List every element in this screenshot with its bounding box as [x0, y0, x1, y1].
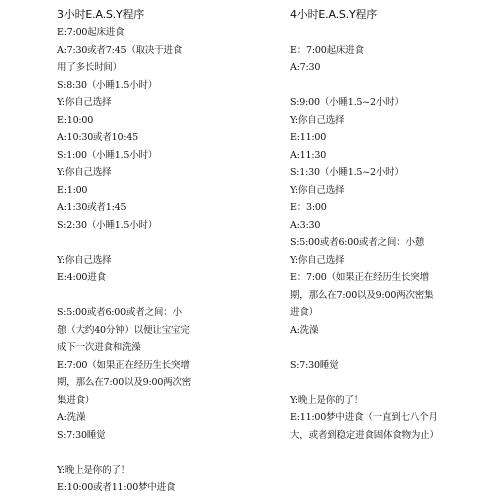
- four-hour-easy-column: 4小时E.A.S.Y程序 E：7:00起床进食A:7:30S:9:00（小睡1.…: [290, 0, 480, 444]
- schedule-line: Y:晚上是你的了！: [290, 392, 480, 410]
- schedule-line: Y:你自己选择: [57, 94, 247, 112]
- three-hour-easy-column: 3小时E.A.S.Y程序 E:7:00起床进食A:7:30或者7:45（取决于进…: [57, 0, 247, 497]
- schedule-line: S:1:30（小睡1.5~2小时）: [290, 164, 480, 182]
- schedule-line: A:11:30: [290, 147, 480, 165]
- schedule-line: A:7:30或者7:45（取决于进食: [57, 42, 247, 60]
- schedule-line: A:洗澡: [57, 409, 247, 427]
- schedule-line: S:5:00或者6:00或者之间：小憩: [290, 234, 480, 252]
- schedule-line: A:10:30或者10:45: [57, 129, 247, 147]
- schedule-line: S:7:30睡觉: [57, 427, 247, 445]
- schedule-line: Y:晚上是你的了！: [57, 462, 247, 480]
- schedule-line: 期，那么在7:00以及9:00两次密: [57, 374, 247, 392]
- schedule-line: Y:你自己选择: [290, 252, 480, 270]
- column-title: 4小时E.A.S.Y程序: [290, 6, 480, 24]
- schedule-line: E:7:00（如果正在经历生长突增: [57, 357, 247, 375]
- schedule-line: E：3:00: [290, 199, 480, 217]
- schedule-line: E:10:00: [57, 112, 247, 130]
- schedule-line: E:11:00梦中进食（一直到七八个月: [290, 409, 480, 427]
- blank-line: [290, 77, 480, 95]
- schedule-line: A:7:30: [290, 59, 480, 77]
- schedule-line: E:7:00起床进食: [57, 24, 247, 42]
- schedule-line: E:11:00: [290, 129, 480, 147]
- blank-line: [57, 444, 247, 462]
- schedule-lines: E:7:00起床进食A:7:30或者7:45（取决于进食用了多长时间）S:8:3…: [57, 24, 247, 497]
- schedule-line: 进食）: [290, 304, 480, 322]
- schedule-line: Y:你自己选择: [290, 112, 480, 130]
- blank-line: [290, 339, 480, 357]
- schedule-line: 集进食）: [57, 392, 247, 410]
- schedule-line: S:1:00（小睡1.5小时）: [57, 147, 247, 165]
- schedule-line: 期，那么在7:00以及9:00两次密集: [290, 287, 480, 305]
- blank-line: [290, 374, 480, 392]
- schedule-line: A:1:30或者1:45: [57, 199, 247, 217]
- schedule-line: 憩（大约40分钟）以便让宝宝完: [57, 322, 247, 340]
- blank-line: [57, 234, 247, 252]
- schedule-lines: E：7:00起床进食A:7:30S:9:00（小睡1.5~2小时）Y:你自己选择…: [290, 24, 480, 444]
- blank-line: [290, 24, 480, 42]
- schedule-line: S:9:00（小睡1.5~2小时）: [290, 94, 480, 112]
- schedule-line: A:洗澡: [290, 322, 480, 340]
- schedule-line: S:7:30睡觉: [290, 357, 480, 375]
- schedule-line: A:3:30: [290, 217, 480, 235]
- schedule-line: S:8:30（小睡1.5小时）: [57, 77, 247, 95]
- column-title: 3小时E.A.S.Y程序: [57, 6, 247, 24]
- schedule-line: Y:你自己选择: [290, 182, 480, 200]
- schedule-line: E:1:00: [57, 182, 247, 200]
- blank-line: [57, 287, 247, 305]
- schedule-line: 用了多长时间）: [57, 59, 247, 77]
- schedule-line: 成下一次进食和洗澡: [57, 339, 247, 357]
- schedule-line: S:2:30（小睡1.5小时）: [57, 217, 247, 235]
- schedule-line: S:5:00或者6:00或者之间：小: [57, 304, 247, 322]
- schedule-line: 大，或者到稳定进食固体食物为止）: [290, 427, 480, 445]
- schedule-line: E：7:00起床进食: [290, 42, 480, 60]
- schedule-line: Y:你自己选择: [57, 252, 247, 270]
- schedule-line: E:4:00进食: [57, 269, 247, 287]
- schedule-line: E:10:00或者11:00梦中进食: [57, 479, 247, 497]
- schedule-line: Y:你自己选择: [57, 164, 247, 182]
- schedule-line: E：7:00（如果正在经历生长突增: [290, 269, 480, 287]
